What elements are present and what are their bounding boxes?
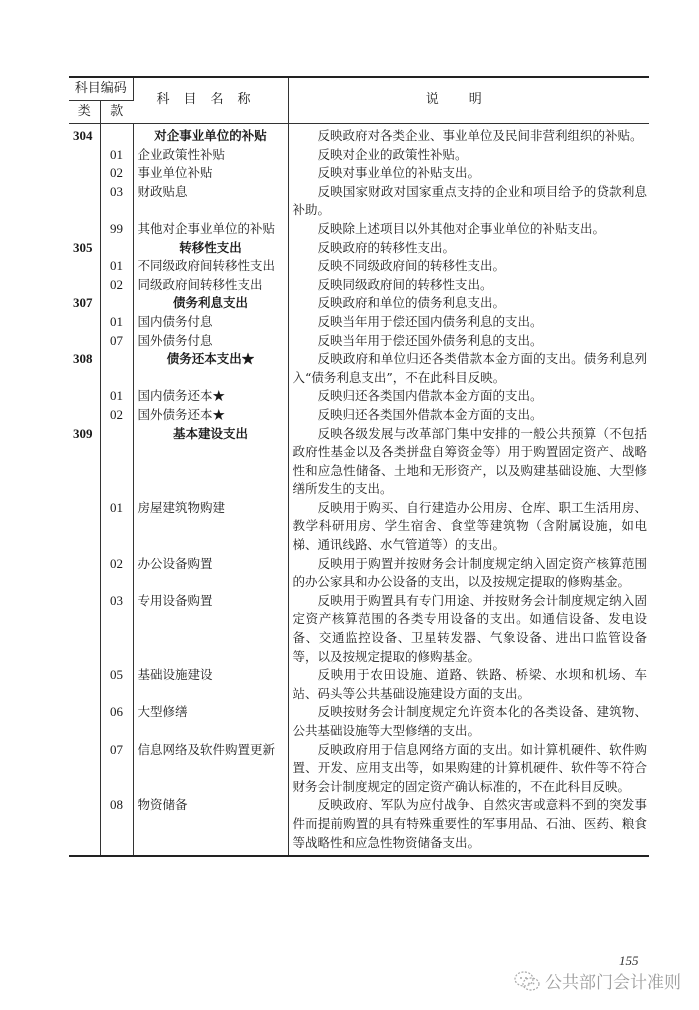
account-description: 反映归还各类国外借款本金方面的支出。: [293, 406, 648, 425]
item-code: 03: [100, 183, 133, 220]
account-description-cell: 反映对事业单位的补贴支出。: [288, 164, 649, 183]
account-description-cell: 反映政府、军队为应付战争、自然灾害或意料不到的突发事件而提前购置的具有特殊重要性…: [288, 796, 649, 856]
account-description-cell: 反映各级发展与改革部门集中安排的一般公共预算（不包括政府性基金以及各类拼盘自筹资…: [288, 425, 649, 499]
item-code: [100, 350, 133, 387]
account-description-cell: 反映同级政府间的转移性支出。: [288, 276, 649, 295]
table-row: 02国外债务还本★反映归还各类国外借款本金方面的支出。: [69, 406, 649, 425]
category-code: 309: [69, 425, 100, 499]
account-code-table: 科目编码 科目名称 说明 类 款 304对企事业单位的补贴反映政府对各类企业、事…: [69, 76, 649, 857]
account-description: 反映对企业的政策性补贴。: [293, 146, 648, 165]
category-code: [69, 276, 100, 295]
account-description-cell: 反映用于购置具有专门用途、并按财务会计制度规定纳入固定资产核算范围的各类专用设备…: [288, 592, 649, 666]
table-row-category: 305转移性支出反映政府的转移性支出。: [69, 239, 649, 258]
item-code: 02: [100, 164, 133, 183]
account-description-cell: 反映归还各类国内借款本金方面的支出。: [288, 387, 649, 406]
item-code: 01: [100, 499, 133, 555]
table-body: 304对企事业单位的补贴反映政府对各类企业、事业单位及民间非营利组织的补贴。01…: [69, 124, 649, 857]
account-name: 转移性支出: [133, 239, 288, 258]
account-name: 债务利息支出: [133, 294, 288, 313]
account-name: 不同级政府间转移性支出: [133, 257, 288, 276]
account-description: 反映当年用于偿还国内债务利息的支出。: [293, 313, 648, 332]
account-name: 基本建设支出: [133, 425, 288, 499]
table-row: 07信息网络及软件购置更新反映政府用于信息网络方面的支出。如计算机硬件、软件购置…: [69, 741, 649, 797]
account-name: 专用设备购置: [133, 592, 288, 666]
account-description: 反映政府用于信息网络方面的支出。如计算机硬件、软件购置、开发、应用支出等，如果购…: [293, 741, 648, 797]
account-description: 反映用于购买、自行建造办公用房、仓库、职工生活用房、教学科研用房、学生宿舍、食堂…: [293, 499, 648, 555]
table-row-category: 308债务还本支出★反映政府和单位归还各类借款本金方面的支出。债务利息列入“债务…: [69, 350, 649, 387]
item-code: 03: [100, 592, 133, 666]
account-description-cell: 反映政府和单位归还各类借款本金方面的支出。债务利息列入“债务利息支出”，不在此科…: [288, 350, 649, 387]
category-code: [69, 666, 100, 703]
table-row: 08物资储备反映政府、军队为应付战争、自然灾害或意料不到的突发事件而提前购置的具…: [69, 796, 649, 856]
category-code: [69, 592, 100, 666]
category-code: [69, 796, 100, 856]
table-row: 02同级政府间转移性支出反映同级政府间的转移性支出。: [69, 276, 649, 295]
table-row: 03专用设备购置反映用于购置具有专门用途、并按财务会计制度规定纳入固定资产核算范…: [69, 592, 649, 666]
item-code: 02: [100, 555, 133, 592]
account-description: 反映政府对各类企业、事业单位及民间非营利组织的补贴。: [293, 127, 648, 146]
account-name: 办公设备购置: [133, 555, 288, 592]
category-code: [69, 257, 100, 276]
item-code: 06: [100, 703, 133, 740]
account-description-cell: 反映政府用于信息网络方面的支出。如计算机硬件、软件购置、开发、应用支出等，如果购…: [288, 741, 649, 797]
page-number: 155: [619, 953, 639, 969]
table-row-category: 309基本建设支出反映各级发展与改革部门集中安排的一般公共预算（不包括政府性基金…: [69, 425, 649, 499]
account-description: 反映政府和单位的债务利息支出。: [293, 294, 648, 313]
category-code: 307: [69, 294, 100, 313]
category-code: [69, 703, 100, 740]
table-row: 05基础设施建设反映用于农田设施、道路、铁路、桥梁、水坝和机场、车站、码头等公共…: [69, 666, 649, 703]
item-code: 07: [100, 741, 133, 797]
item-code: 02: [100, 406, 133, 425]
category-code: [69, 220, 100, 239]
category-code: [69, 313, 100, 332]
account-description-cell: 反映用于购置并按财务会计制度规定纳入固定资产核算范围的办公家具和办公设备的支出，…: [288, 555, 649, 592]
table-row: 03财政贴息反映国家财政对国家重点支持的企业和项目给予的贷款利息补助。: [69, 183, 649, 220]
account-name: 国外债务还本★: [133, 406, 288, 425]
account-description: 反映当年用于偿还国外债务利息的支出。: [293, 332, 648, 351]
table-row: 01不同级政府间转移性支出反映不同级政府间的转移性支出。: [69, 257, 649, 276]
account-name: 债务还本支出★: [133, 350, 288, 387]
header-kuan: 款: [100, 101, 133, 124]
item-code: 01: [100, 313, 133, 332]
table-header-row: 科目编码 科目名称 说明: [69, 77, 649, 101]
account-description: 反映用于购置具有专门用途、并按财务会计制度规定纳入固定资产核算范围的各类专用设备…: [293, 592, 648, 666]
account-description: 反映按财务会计制度规定允许资本化的各类设备、建筑物、公共基础设施等大型修缮的支出…: [293, 703, 648, 740]
watermark-text: 公共部门会计准则: [545, 968, 681, 993]
header-name: 科目名称: [133, 77, 288, 124]
table-row-category: 304对企事业单位的补贴反映政府对各类企业、事业单位及民间非营利组织的补贴。: [69, 124, 649, 146]
item-code: 05: [100, 666, 133, 703]
header-code-group: 科目编码: [69, 77, 133, 101]
item-code: [100, 294, 133, 313]
table-row: 01国内债务付息反映当年用于偿还国内债务利息的支出。: [69, 313, 649, 332]
item-code: [100, 425, 133, 499]
item-code: 01: [100, 387, 133, 406]
table-row: 01国内债务还本★反映归还各类国内借款本金方面的支出。: [69, 387, 649, 406]
item-code: 07: [100, 332, 133, 351]
account-name: 国内债务付息: [133, 313, 288, 332]
account-description-cell: 反映政府的转移性支出。: [288, 239, 649, 258]
account-name: 基础设施建设: [133, 666, 288, 703]
category-code: [69, 387, 100, 406]
account-name: 同级政府间转移性支出: [133, 276, 288, 295]
account-name: 对企事业单位的补贴: [133, 124, 288, 146]
account-description-cell: 反映当年用于偿还国内债务利息的支出。: [288, 313, 649, 332]
table-row: 06大型修缮反映按财务会计制度规定允许资本化的各类设备、建筑物、公共基础设施等大…: [69, 703, 649, 740]
account-description: 反映政府的转移性支出。: [293, 239, 648, 258]
header-lei: 类: [69, 101, 100, 124]
item-code: [100, 124, 133, 146]
category-code: [69, 555, 100, 592]
account-description-cell: 反映按财务会计制度规定允许资本化的各类设备、建筑物、公共基础设施等大型修缮的支出…: [288, 703, 649, 740]
category-code: [69, 741, 100, 797]
watermark: 公共部门会计准则: [513, 968, 681, 993]
account-name: 企业政策性补贴: [133, 146, 288, 165]
item-code: 99: [100, 220, 133, 239]
header-desc: 说明: [288, 77, 649, 124]
item-code: 01: [100, 257, 133, 276]
account-description-cell: 反映不同级政府间的转移性支出。: [288, 257, 649, 276]
account-description-cell: 反映政府和单位的债务利息支出。: [288, 294, 649, 313]
table-row: 01企业政策性补贴反映对企业的政策性补贴。: [69, 146, 649, 165]
account-description-cell: 反映当年用于偿还国外债务利息的支出。: [288, 332, 649, 351]
account-description: 反映同级政府间的转移性支出。: [293, 276, 648, 295]
account-description: 反映不同级政府间的转移性支出。: [293, 257, 648, 276]
account-description-cell: 反映用于农田设施、道路、铁路、桥梁、水坝和机场、车站、码头等公共基础设施建设方面…: [288, 666, 649, 703]
table-row: 02办公设备购置反映用于购置并按财务会计制度规定纳入固定资产核算范围的办公家具和…: [69, 555, 649, 592]
document-page: 科目编码 科目名称 说明 类 款 304对企事业单位的补贴反映政府对各类企业、事…: [0, 0, 699, 1010]
category-code: 305: [69, 239, 100, 258]
account-name: 其他对企事业单位的补贴: [133, 220, 288, 239]
category-code: [69, 332, 100, 351]
category-code: [69, 406, 100, 425]
account-description: 反映政府和单位归还各类借款本金方面的支出。债务利息列入“债务利息支出”，不在此科…: [293, 350, 648, 387]
category-code: [69, 146, 100, 165]
account-description: 反映政府、军队为应付战争、自然灾害或意料不到的突发事件而提前购置的具有特殊重要性…: [293, 796, 648, 852]
table-row: 02事业单位补贴反映对事业单位的补贴支出。: [69, 164, 649, 183]
category-code: 308: [69, 350, 100, 387]
wechat-icon: [513, 970, 541, 992]
category-code: 304: [69, 124, 100, 146]
table-row: 07国外债务付息反映当年用于偿还国外债务利息的支出。: [69, 332, 649, 351]
account-description: 反映除上述项目以外其他对企事业单位的补贴支出。: [293, 220, 648, 239]
item-code: [100, 239, 133, 258]
account-description: 反映用于购置并按财务会计制度规定纳入固定资产核算范围的办公家具和办公设备的支出，…: [293, 555, 648, 592]
account-description: 反映用于农田设施、道路、铁路、桥梁、水坝和机场、车站、码头等公共基础设施建设方面…: [293, 666, 648, 703]
account-name: 国外债务付息: [133, 332, 288, 351]
account-description-cell: 反映对企业的政策性补贴。: [288, 146, 649, 165]
category-code: [69, 499, 100, 555]
account-description-cell: 反映政府对各类企业、事业单位及民间非营利组织的补贴。: [288, 124, 649, 146]
category-code: [69, 183, 100, 220]
account-name: 财政贴息: [133, 183, 288, 220]
table-row: 01房屋建筑物购建反映用于购买、自行建造办公用房、仓库、职工生活用房、教学科研用…: [69, 499, 649, 555]
account-description: 反映对事业单位的补贴支出。: [293, 164, 648, 183]
account-name: 国内债务还本★: [133, 387, 288, 406]
account-description-cell: 反映除上述项目以外其他对企事业单位的补贴支出。: [288, 220, 649, 239]
account-description: 反映归还各类国内借款本金方面的支出。: [293, 387, 648, 406]
item-code: 01: [100, 146, 133, 165]
account-name: 信息网络及软件购置更新: [133, 741, 288, 797]
account-description: 反映国家财政对国家重点支持的企业和项目给予的贷款利息补助。: [293, 183, 648, 220]
account-description: 反映各级发展与改革部门集中安排的一般公共预算（不包括政府性基金以及各类拼盘自筹资…: [293, 425, 648, 499]
account-name: 物资储备: [133, 796, 288, 856]
account-name: 房屋建筑物购建: [133, 499, 288, 555]
account-name: 事业单位补贴: [133, 164, 288, 183]
account-description-cell: 反映归还各类国外借款本金方面的支出。: [288, 406, 649, 425]
category-code: [69, 164, 100, 183]
account-name: 大型修缮: [133, 703, 288, 740]
table-row: 99其他对企事业单位的补贴反映除上述项目以外其他对企事业单位的补贴支出。: [69, 220, 649, 239]
account-description-cell: 反映国家财政对国家重点支持的企业和项目给予的贷款利息补助。: [288, 183, 649, 220]
item-code: 02: [100, 276, 133, 295]
item-code: 08: [100, 796, 133, 856]
table-row-category: 307债务利息支出反映政府和单位的债务利息支出。: [69, 294, 649, 313]
account-description-cell: 反映用于购买、自行建造办公用房、仓库、职工生活用房、教学科研用房、学生宿舍、食堂…: [288, 499, 649, 555]
